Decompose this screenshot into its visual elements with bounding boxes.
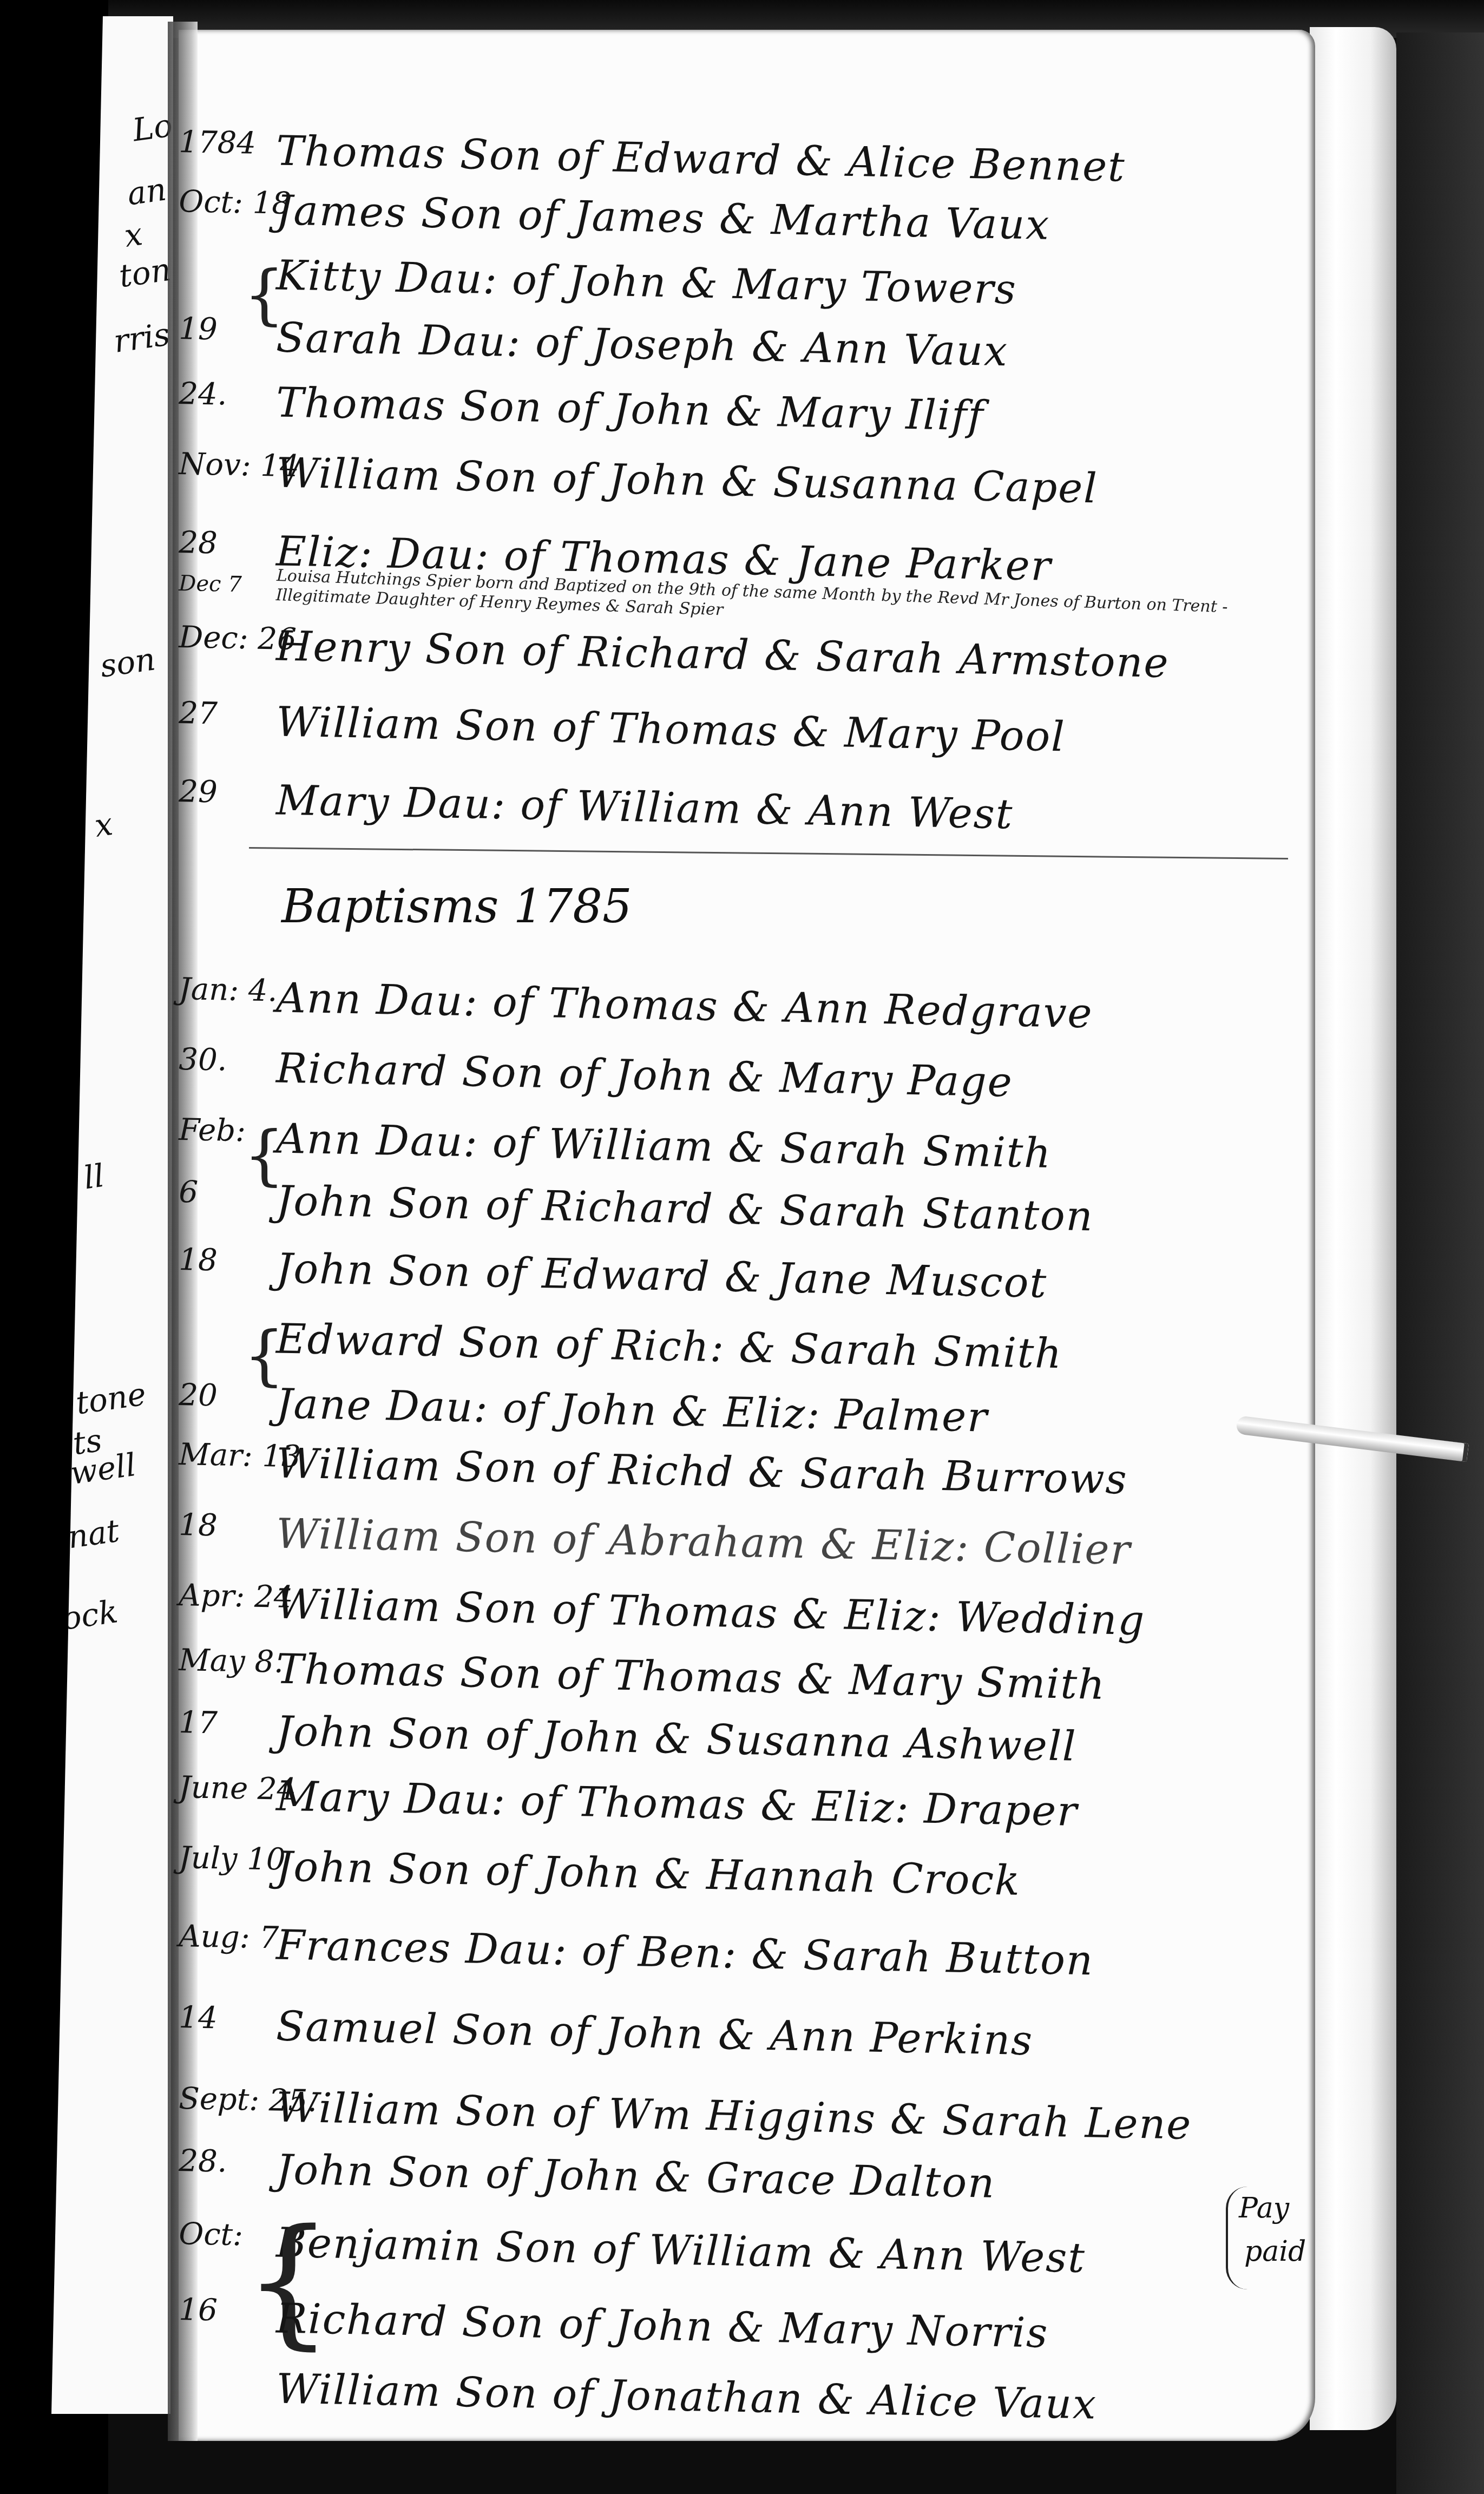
entry-row: Oct: Benjamin Son of William & Ann West: [178, 2216, 1316, 2298]
entry-date: Aug: 7: [179, 1919, 271, 1955]
entry-text: William Son of John & Susanna Capel: [275, 448, 1098, 512]
entry-date: 24.: [179, 376, 271, 413]
entry-date: 19: [179, 311, 271, 348]
entry-date: Sept: 25.: [179, 2081, 271, 2118]
entry-text: Thomas Son of Edward & Alice Bennet: [275, 126, 1126, 191]
entry-text: Richard Son of John & Mary Norris: [275, 2294, 1049, 2357]
entry-text: Benjamin Son of William & Ann West: [275, 2218, 1086, 2282]
entry-date: 28.: [179, 2143, 271, 2180]
entry-date: 20: [179, 1377, 271, 1414]
entry-date: Apr: 24: [179, 1578, 271, 1614]
entry-text: William Son of Thomas & Eliz: Wedding: [275, 1579, 1146, 1644]
entry-date: 14: [179, 2000, 271, 2037]
entry-text: John Son of John & Hannah Crock: [275, 1842, 1021, 1904]
entry-row: 14 Samuel Son of John & Ann Perkins: [178, 2000, 1316, 2081]
entry-date: 28: [179, 525, 271, 562]
entry-text: John Son of Edward & Jane Muscot: [275, 1244, 1048, 1307]
entry-text: Mary Dau: of Thomas & Eliz: Draper: [275, 1771, 1078, 1835]
entry-row: 27 William Son of Thomas & Mary Pool: [178, 695, 1316, 777]
margin-note-pay: Pay: [1239, 2192, 1289, 2224]
entry-text: Samuel Son of John & Ann Perkins: [275, 2001, 1034, 2064]
entry-text: Frances Dau: of Ben: & Sarah Button: [275, 1920, 1094, 1984]
left-fragment: tone: [74, 1375, 148, 1421]
entry-date: July 10: [179, 1840, 271, 1877]
register-entries: 1784 Thomas Son of Edward & Alice Bennet…: [179, 30, 1315, 2441]
entry-date: 18: [179, 1242, 271, 1279]
entry-text: William Son of Wm Higgins & Sarah Lene: [275, 2083, 1192, 2148]
entry-text: William Son of Abraham & Eliz: Collier: [275, 1509, 1131, 1573]
left-fragment: an: [125, 170, 169, 212]
entry-text: Henry Son of Richard & Sarah Armstone: [275, 621, 1170, 687]
entry-date: Nov: 14: [179, 447, 271, 483]
entry-date: Dec 7: [179, 571, 271, 598]
entry-date: [179, 1312, 271, 1314]
entry-date: June 24: [179, 1770, 271, 1807]
left-fragment: nat: [65, 1512, 122, 1556]
entry-text: Sarah Dau: of Joseph & Ann Vaux: [275, 313, 1008, 375]
entry-row: Jan: 4. Ann Dau: of Thomas & Ann Redgrav…: [178, 972, 1316, 1053]
entry-row: 29 Mary Dau: of William & Ann West: [178, 774, 1316, 855]
entry-text: John Son of John & Grace Dalton: [275, 2145, 996, 2207]
entry-row: 18 John Son of Edward & Jane Muscot: [178, 1242, 1316, 1323]
entry-row: July 10 John Son of John & Hannah Crock: [178, 1840, 1316, 1921]
entry-date: [179, 249, 271, 251]
left-fragment: ock: [60, 1593, 120, 1637]
entry-row: 30. Richard Son of John & Mary Page: [178, 1042, 1316, 1123]
entry-date: 6: [179, 1174, 271, 1211]
entry-date: May 8.: [179, 1643, 271, 1679]
entry-date: 27: [179, 695, 271, 732]
entry-text: Thomas Son of Thomas & Mary Smith: [275, 1644, 1106, 1708]
page-edge-stack: [1310, 27, 1396, 2430]
entry-row: 18 William Son of Abraham & Eliz: Collie…: [178, 1507, 1316, 1589]
left-fragment: rris: [111, 316, 172, 360]
entry-date: 16: [179, 2292, 271, 2329]
entry-text: William Son of Jonathan & Alice Vaux: [275, 2364, 1097, 2428]
entry-text: Thomas Son of John & Mary Iliff: [275, 378, 984, 439]
entry-date: Dec: 26: [179, 620, 271, 657]
background-right: [1396, 32, 1484, 2494]
left-fragment: ll: [81, 1157, 106, 1197]
entry-text: William Son of Thomas & Mary Pool: [275, 697, 1066, 760]
entry-row: William Son of Jonathan & Alice Vaux: [178, 2362, 1316, 2444]
entry-text: Ann Dau: of Thomas & Ann Redgrave: [275, 973, 1093, 1037]
entry-date: 17: [179, 1705, 271, 1742]
entry-date: 30.: [179, 1042, 271, 1079]
entry-date: 1784: [179, 124, 271, 161]
left-fragment: ton: [117, 251, 173, 295]
left-fragment: x: [92, 805, 115, 844]
entry-text: Ann Dau: of William & Sarah Smith: [275, 1114, 1052, 1177]
entry-date: 18: [179, 1507, 271, 1544]
entry-text: Edward Son of Rich: & Sarah Smith: [275, 1314, 1063, 1377]
left-fragment: son: [98, 640, 158, 685]
margin-bracket: Pay paid: [1226, 2187, 1309, 2289]
margin-note-paid: paid: [1244, 2235, 1306, 2268]
entry-text: Mary Dau: of William & Ann West: [275, 776, 1014, 838]
left-fragment: x: [122, 215, 145, 254]
section-heading: Baptisms 1785: [281, 880, 632, 934]
entry-row: 16 Richard Son of John & Mary Norris: [178, 2292, 1316, 2373]
entry-text: Richard Son of John & Mary Page: [275, 1043, 1013, 1106]
entry-text: Jane Dau: of John & Eliz: Palmer: [275, 1379, 988, 1441]
entry-date: 29: [179, 774, 271, 811]
entry-date: Mar: 13: [179, 1437, 271, 1474]
entry-row: Nov: 14 William Son of John & Susanna Ca…: [178, 447, 1316, 528]
entry-row: Aug: 7 Frances Dau: of Ben: & Sarah Butt…: [178, 1919, 1316, 2000]
entry-text: Kitty Dau: of John & Mary Towers: [275, 251, 1017, 313]
entry-date: Jan: 4.: [179, 972, 271, 1008]
entry-date: Oct: 18: [179, 184, 271, 221]
